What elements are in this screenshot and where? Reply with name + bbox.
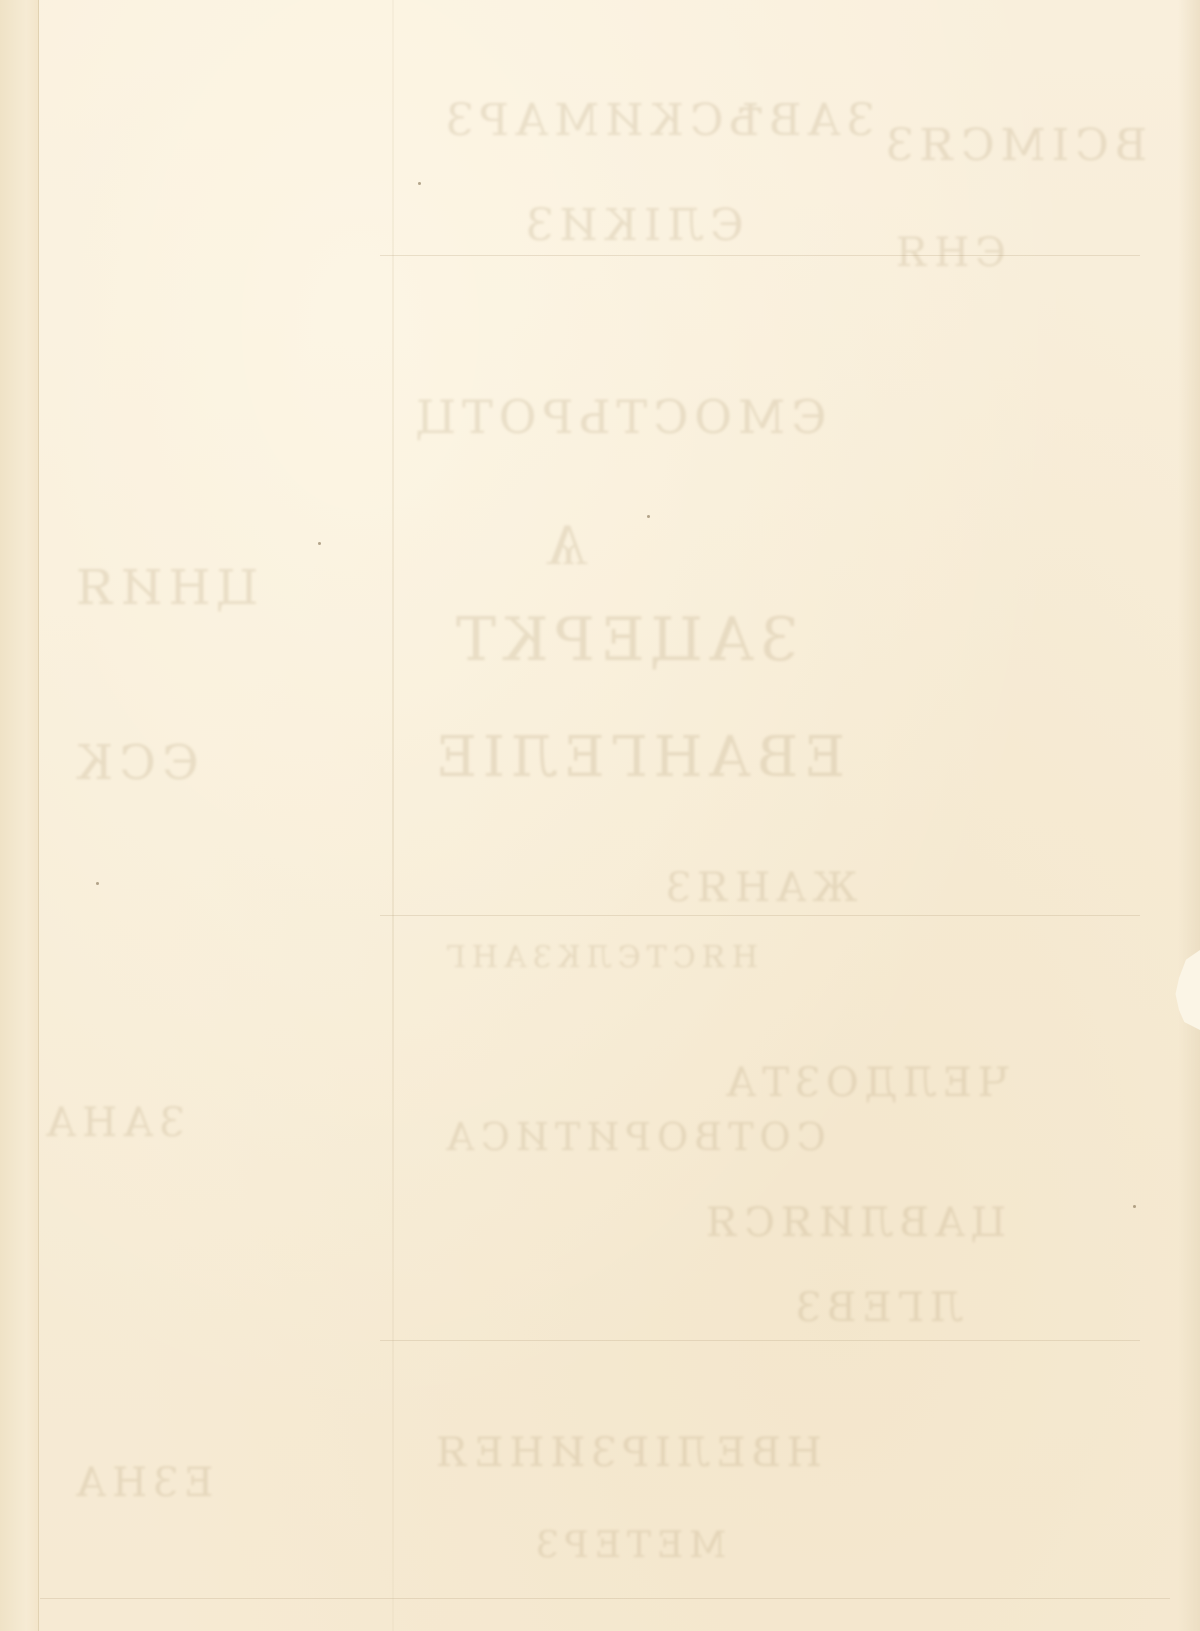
show-through-text: МЕТЕРЗ [530, 1525, 726, 1566]
show-through-text: ЗАНА [40, 1100, 184, 1146]
show-through-text: ЕВАНГЕЛІЕ [430, 725, 845, 790]
paper-speck [647, 515, 650, 518]
show-through-text: ВСІМСЯЗ [880, 120, 1147, 171]
show-through-text: ЦАВЛИЯСЯ [700, 1200, 1006, 1246]
show-through-text: НЯСТЄЛКЗАНГ [440, 940, 758, 975]
show-through-text: ЗАЦЕРКТ [450, 605, 798, 675]
show-through-text: СОТВОРИТИСА [440, 1115, 826, 1159]
show-through-text: ЕЗНА [70, 1460, 213, 1506]
show-through-text: ЄМОСТЬРОТЦ [410, 390, 826, 444]
ghost-rule [40, 1598, 1170, 1599]
binding-edge [0, 0, 39, 1631]
show-through-text: ЧЕЛДОЗТА [720, 1060, 1009, 1106]
paper-speck [418, 182, 421, 185]
ghost-rule [380, 915, 1140, 916]
document-page: ЗАВѢСКИМАРЗЄЛІКИЗВСІМСЯЗЄНЯЄМОСТЬРОТЦѦЗА… [0, 0, 1200, 1631]
ghost-rule [380, 255, 1140, 256]
show-through-text: Ѧ [540, 510, 588, 578]
show-through-text: НВЕЛІРЗИНЕЯ [430, 1430, 822, 1476]
show-through-text: ЗАВѢСКИМАРЗ [440, 95, 874, 146]
page-right-edge [1178, 0, 1200, 1631]
paper-speck [96, 882, 99, 885]
show-through-text: ЄСК [70, 735, 199, 791]
show-through-text: ЛГЕВЗ [790, 1285, 963, 1331]
show-through-text: ЦНИЯ [70, 560, 258, 616]
show-through-text: ЄЛІКИЗ [520, 200, 744, 251]
ghost-rule [380, 1340, 1140, 1341]
paper-speck [1133, 1205, 1136, 1208]
show-through-text: ЄНЯ [890, 230, 1006, 276]
show-through-text: ЖАНЯЗ [660, 865, 857, 911]
page-fold-line [392, 0, 394, 1631]
paper-speck [318, 542, 321, 545]
